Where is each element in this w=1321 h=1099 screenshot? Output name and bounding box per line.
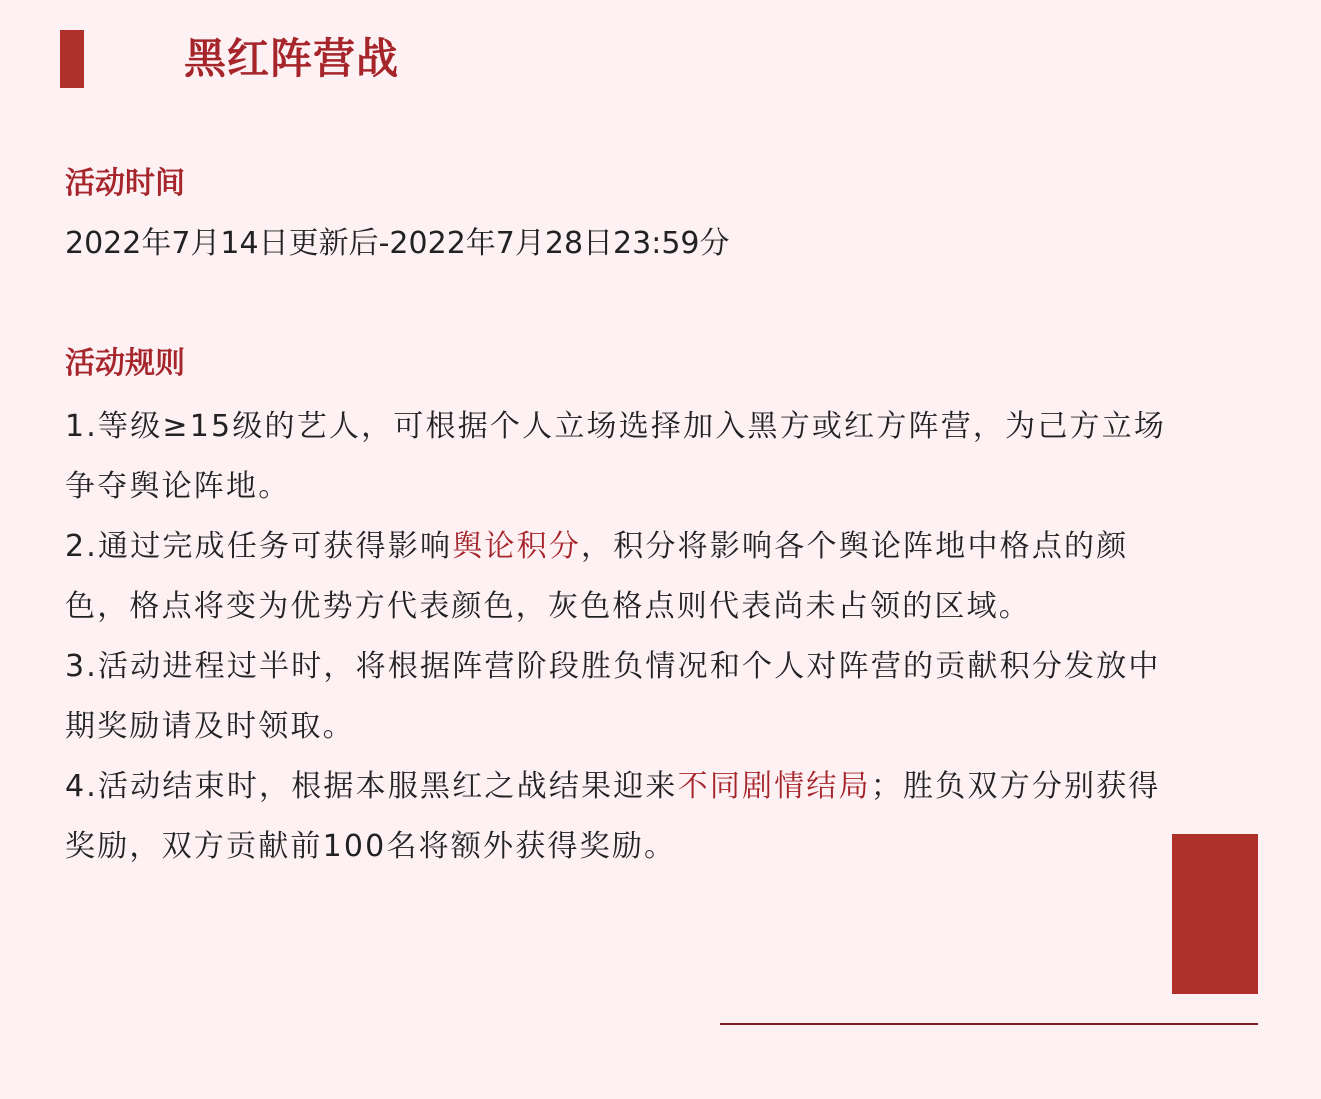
rule-text: 3.活动进程过半时，将根据阵营阶段胜负情况和个人对阵营的贡献积分发放中期奖励请及… <box>65 649 1161 744</box>
decorative-block <box>1172 834 1258 994</box>
rule-item: 1.等级≥15级的艺人，可根据个人立场选择加入黑方或红方阵营，为己方立场争夺舆论… <box>65 397 1175 517</box>
rule-text: 2.通过完成任务可获得影响 <box>65 529 452 564</box>
page-title: 黑红阵营战 <box>184 30 399 88</box>
rule-highlight: 不同剧情结局 <box>678 769 871 804</box>
activity-time-heading: 活动时间 <box>65 162 185 206</box>
title-accent-bar <box>60 30 84 88</box>
rule-text: 4.活动结束时，根据本服黑红之战结果迎来 <box>65 769 678 804</box>
rule-item: 4.活动结束时，根据本服黑红之战结果迎来不同剧情结局；胜负双方分别获得奖励，双方… <box>65 757 1175 877</box>
activity-rules-heading: 活动规则 <box>65 342 185 386</box>
rule-highlight: 舆论积分 <box>452 529 581 564</box>
activity-time-text: 2022年7月14日更新后-2022年7月28日23:59分 <box>65 222 730 266</box>
divider-line <box>720 1023 1258 1025</box>
rule-text: 1.等级≥15级的艺人，可根据个人立场选择加入黑方或红方阵营，为己方立场争夺舆论… <box>65 409 1166 504</box>
rule-item: 2.通过完成任务可获得影响舆论积分，积分将影响各个舆论阵地中格点的颜色，格点将变… <box>65 517 1175 637</box>
rule-item: 3.活动进程过半时，将根据阵营阶段胜负情况和个人对阵营的贡献积分发放中期奖励请及… <box>65 637 1175 757</box>
rules-list: 1.等级≥15级的艺人，可根据个人立场选择加入黑方或红方阵营，为己方立场争夺舆论… <box>65 397 1175 877</box>
